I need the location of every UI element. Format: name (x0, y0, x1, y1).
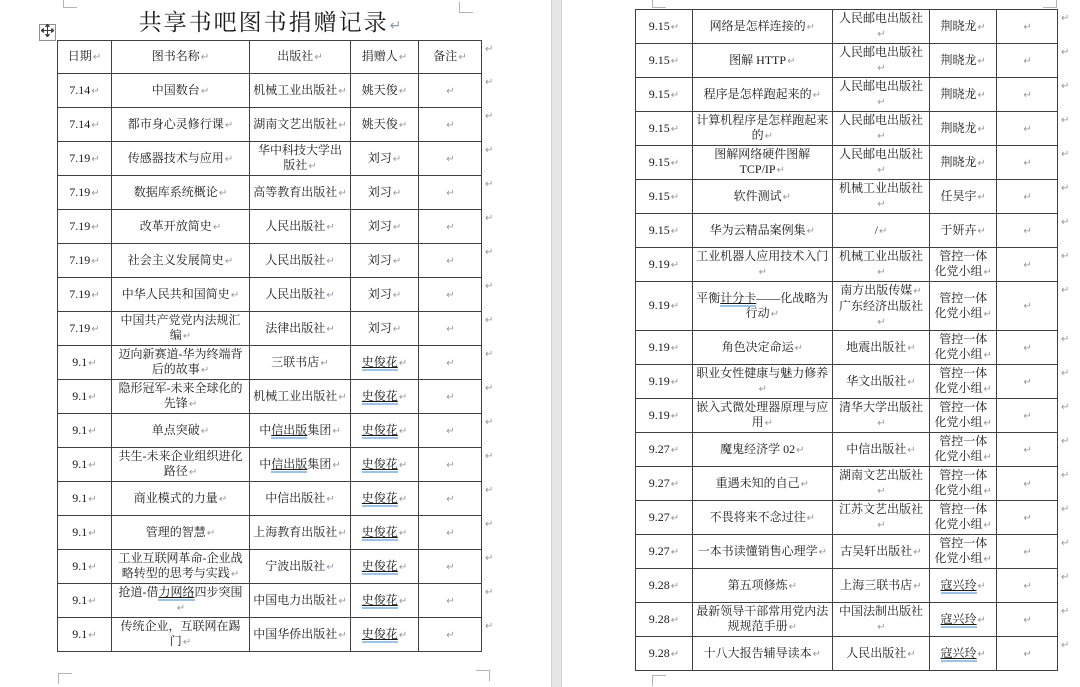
cell-publisher[interactable]: 古吴轩出版社↵ (832, 535, 930, 569)
cell-book-title[interactable]: 魔鬼经济学 02↵ (692, 433, 832, 467)
cell-text: 9.1 (72, 423, 87, 437)
paragraph-mark: ↵ (1023, 615, 1031, 626)
paragraph-mark: ↵ (671, 226, 679, 237)
cell-donor[interactable]: 史俊花↵ (351, 550, 419, 584)
table-row: 9.19↵平衡计分卡——化战略为行动↵南方出版传媒↵广东经济出版社↵管控一体化党… (636, 282, 1080, 331)
cell-publisher[interactable]: 上海三联书店↵ (832, 569, 930, 603)
paragraph-mark: ↵ (225, 120, 233, 131)
cell-date[interactable]: 9.15↵ (636, 146, 693, 180)
header-cell-donor[interactable]: 捐赠人↵ (351, 41, 419, 74)
end-of-row-mark: ↵ (1058, 467, 1080, 501)
cell-text: 9.19 (649, 340, 670, 354)
cell-donor[interactable]: 史俊花↵ (351, 584, 419, 618)
cell-book-title[interactable]: 软件测试↵ (692, 180, 832, 214)
table-row: 9.1↵抢道-借力网络四步突围↵中国电力出版社↵史俊花↵↵↵ (58, 584, 506, 618)
cell-note[interactable]: ↵ (997, 535, 1058, 569)
cell-text: 出版社 (277, 49, 313, 63)
paragraph-mark: ↵ (485, 519, 493, 530)
cell-date[interactable]: 9.19↵ (636, 399, 693, 433)
header-cell-note[interactable]: 备注↵ (419, 41, 482, 74)
cell-note[interactable]: ↵ (419, 210, 482, 244)
cell-publisher[interactable]: 法律出版社↵ (250, 312, 351, 346)
paragraph-mark: ↵ (332, 460, 340, 471)
cell-donor[interactable]: 史俊花↵ (351, 516, 419, 550)
cell-donor[interactable]: 荆晓龙↵ (930, 44, 997, 78)
cell-note[interactable]: ↵ (997, 78, 1058, 112)
cell-text: 法律出版社 (265, 321, 325, 335)
cell-text: 工业机器人应用技术入门 (696, 249, 828, 263)
cell-date[interactable]: 9.15↵ (636, 10, 693, 44)
cell-text: 荆晓龙 (941, 121, 977, 135)
cell-date[interactable]: 9.19↵ (636, 331, 693, 365)
cell-date[interactable]: 7.19↵ (58, 312, 112, 346)
cell-book-title[interactable]: 中华人民共和国简史↵ (112, 278, 250, 312)
table-row: 9.27↵重遇未知的自己↵湖南文艺出版社↵管控一体化党小组↵↵↵ (636, 467, 1080, 501)
paragraph-mark: ↵ (326, 324, 334, 335)
cell-publisher[interactable]: 清华大学出版社↵ (832, 399, 930, 433)
cell-date[interactable]: 9.15↵ (636, 214, 693, 248)
cell-book-title[interactable]: 图解 HTTP↵ (692, 44, 832, 78)
paragraph-mark: ↵ (879, 226, 887, 237)
paragraph-mark: ↵ (399, 86, 407, 97)
cell-date[interactable]: 9.19↵ (636, 248, 693, 282)
table-row: 9.1↵商业模式的力量↵中信出版社↵史俊花↵↵↵ (58, 482, 506, 516)
cell-book-title[interactable]: 传感器技术与应用↵ (112, 142, 250, 176)
cell-publisher[interactable]: 中国华侨出版社↵ (250, 618, 351, 652)
cell-note[interactable]: ↵ (419, 278, 482, 312)
cell-book-title[interactable]: 一本书读懂销售心理学↵ (692, 535, 832, 569)
cell-date[interactable]: 9.1↵ (58, 380, 112, 414)
cell-note[interactable]: ↵ (997, 331, 1058, 365)
cell-book-title[interactable]: 程序是怎样跑起来的↵ (692, 78, 832, 112)
paragraph-mark: ↵ (446, 528, 454, 539)
cell-text: 9.27 (649, 544, 670, 558)
cell-donor[interactable]: 寇兴玲↵ (930, 569, 997, 603)
cell-publisher[interactable]: 人民邮电出版社↵ (832, 112, 930, 146)
cell-text: 刘习 (368, 219, 392, 233)
document-title[interactable]: 共享书吧图书捐赠记录↵ (57, 4, 483, 37)
cell-note[interactable]: ↵ (997, 365, 1058, 399)
header-row: 日期↵图书名称↵出版社↵捐赠人↵备注↵↵ (58, 41, 506, 74)
cell-date[interactable]: 7.19↵ (58, 142, 112, 176)
underlined-text: 信出版 (271, 457, 307, 473)
cell-book-title[interactable]: 网络是怎样连接的↵ (692, 10, 832, 44)
cell-note[interactable]: ↵ (997, 44, 1058, 78)
cell-publisher[interactable]: 三联书店↵ (250, 346, 351, 380)
paragraph-mark: ↵ (326, 494, 334, 505)
end-of-row-mark: ↵ (482, 176, 506, 210)
cell-text: 职业女性健康与魅力修养 (696, 366, 828, 380)
cell-date[interactable]: 9.15↵ (636, 44, 693, 78)
cell-note[interactable]: ↵ (997, 180, 1058, 214)
cell-text: 社会主义发展简史 (128, 253, 224, 267)
cell-text: 9.15 (649, 155, 670, 169)
cell-note[interactable]: ↵ (419, 244, 482, 278)
paragraph-mark: ↵ (1023, 260, 1031, 271)
paragraph-mark: ↵ (458, 52, 466, 63)
paragraph-mark: ↵ (326, 222, 334, 233)
cell-publisher[interactable]: 机械工业出版社↵ (832, 248, 930, 282)
cell-note[interactable]: ↵ (419, 516, 482, 550)
table-row: 7.14↵都市身心灵修行课↵湖南文艺出版社↵姚天俊↵↵↵ (58, 108, 506, 142)
cell-donor[interactable]: 荆晓龙↵ (930, 10, 997, 44)
cell-text: 9.1 (72, 389, 87, 403)
cell-publisher[interactable]: 江苏文艺出版社↵ (832, 501, 930, 535)
cell-text: 隐形冠军-未来全球化的先锋 (119, 381, 243, 410)
cell-publisher[interactable]: 华文出版社↵ (832, 365, 930, 399)
cell-donor[interactable]: 任昊宇↵ (930, 180, 997, 214)
cell-publisher[interactable]: 人民邮电出版社↵ (832, 146, 930, 180)
cell-book-title[interactable]: 商业模式的力量↵ (112, 482, 250, 516)
cell-publisher[interactable]: 人民邮电出版社↵ (832, 78, 930, 112)
cell-publisher[interactable]: /↵ (832, 214, 930, 248)
cell-date[interactable]: 9.1↵ (58, 414, 112, 448)
paragraph-mark: ↵ (907, 343, 915, 354)
paragraph-mark: ↵ (446, 494, 454, 505)
cell-date[interactable]: 9.28↵ (636, 569, 693, 603)
cell-date[interactable]: 7.19↵ (58, 176, 112, 210)
cell-donor[interactable]: 史俊花↵ (351, 618, 419, 652)
cell-text: 7.19 (69, 253, 90, 267)
cell-note[interactable]: ↵ (419, 448, 482, 482)
paragraph-mark: ↵ (984, 267, 992, 278)
cell-publisher[interactable]: 人民出版社↵ (250, 278, 351, 312)
cell-donor[interactable]: 寇兴玲↵ (930, 603, 997, 637)
cell-book-title[interactable]: 图解网络硬件图解 TCP/IP↵ (692, 146, 832, 180)
paragraph-mark: ↵ (1061, 572, 1069, 583)
cell-note[interactable]: ↵ (997, 433, 1058, 467)
cell-note[interactable]: ↵ (997, 248, 1058, 282)
paragraph-mark: ↵ (485, 485, 493, 496)
cell-date[interactable]: 9.27↵ (636, 501, 693, 535)
cell-donor[interactable]: 管控一体化党小组↵ (930, 501, 997, 535)
cell-date[interactable]: 9.19↵ (636, 282, 693, 331)
cell-publisher[interactable]: 机械工业出版社↵ (832, 180, 930, 214)
cell-text: 姚天俊 (362, 83, 398, 97)
cell-note[interactable]: ↵ (997, 637, 1058, 671)
cell-publisher[interactable]: 中信出版集团↵ (250, 448, 351, 482)
text-boundary-mark (476, 670, 490, 681)
cell-note[interactable]: ↵ (997, 569, 1058, 603)
paragraph-mark: ↵ (765, 418, 773, 429)
end-of-row-mark: ↵ (482, 108, 506, 142)
header-cell-title[interactable]: 图书名称↵ (112, 41, 250, 74)
paragraph-mark: ↵ (671, 513, 679, 524)
cell-date[interactable]: 9.1↵ (58, 584, 112, 618)
paragraph-mark: ↵ (219, 188, 227, 199)
cell-note[interactable]: ↵ (419, 108, 482, 142)
cell-date[interactable]: 9.1↵ (58, 550, 112, 584)
cell-date[interactable]: 9.1↵ (58, 482, 112, 516)
cell-note[interactable]: ↵ (419, 584, 482, 618)
cell-publisher[interactable]: 人民出版社↵ (250, 210, 351, 244)
paragraph-mark: ↵ (1061, 402, 1069, 413)
cell-text: 广东经济出版社 (839, 299, 923, 313)
cell-note[interactable]: ↵ (419, 142, 482, 176)
cell-publisher[interactable]: 中信出版社↵ (832, 433, 930, 467)
paragraph-mark: ↵ (485, 111, 493, 122)
cell-note[interactable]: ↵ (997, 112, 1058, 146)
cell-date[interactable]: 9.15↵ (636, 112, 693, 146)
cell-note[interactable]: ↵ (997, 282, 1058, 331)
cell-donor[interactable]: 荆晓龙↵ (930, 146, 997, 180)
cell-text: 十八大报告辅导读本 (704, 646, 812, 660)
cell-book-title[interactable]: 社会主义发展简史↵ (112, 244, 250, 278)
paragraph-mark: ↵ (1061, 149, 1069, 160)
cell-book-title[interactable]: 传统企业，互联网在踢门↵ (112, 618, 250, 652)
cell-date[interactable]: 7.19↵ (58, 244, 112, 278)
cell-note[interactable]: ↵ (419, 312, 482, 346)
cell-donor[interactable]: 管控一体化党小组↵ (930, 248, 997, 282)
cell-book-title[interactable]: 计算机程序是怎样跑起来的↵ (692, 112, 832, 146)
cell-donor[interactable]: 史俊花↵ (351, 414, 419, 448)
cell-book-title[interactable]: 十八大报告辅导读本↵ (692, 637, 832, 671)
cell-text: 中国华侨出版社 (253, 627, 337, 641)
cell-date[interactable]: 9.28↵ (636, 637, 693, 671)
header-cell-date[interactable]: 日期↵ (58, 41, 112, 74)
cell-note[interactable]: ↵ (997, 399, 1058, 433)
cell-donor[interactable]: 刘习↵ (351, 142, 419, 176)
cell-donor[interactable]: 管控一体化党小组↵ (930, 331, 997, 365)
cell-date[interactable]: 9.27↵ (636, 535, 693, 569)
cell-publisher[interactable]: 高等教育出版社↵ (250, 176, 351, 210)
paragraph-mark: ↵ (759, 267, 767, 278)
cell-text: 9.19 (649, 257, 670, 271)
paragraph-mark: ↵ (1023, 226, 1031, 237)
cell-book-title[interactable]: 重遇未知的自己↵ (692, 467, 832, 501)
cell-date[interactable]: 9.27↵ (636, 467, 693, 501)
cell-publisher[interactable]: 上海教育出版社↵ (250, 516, 351, 550)
cell-date[interactable]: 7.19↵ (58, 210, 112, 244)
cell-note[interactable]: ↵ (419, 176, 482, 210)
donation-table-page2: 9.15↵网络是怎样连接的↵人民邮电出版社↵荆晓龙↵↵↵9.15↵图解 HTTP… (635, 9, 1080, 671)
cell-donor[interactable]: 荆晓龙↵ (930, 112, 997, 146)
paragraph-mark: ↵ (338, 630, 346, 641)
paragraph-mark: ↵ (393, 290, 401, 301)
cell-donor[interactable]: 刘习↵ (351, 244, 419, 278)
header-cell-publisher[interactable]: 出版社↵ (250, 41, 351, 74)
cell-publisher[interactable]: 机械工业出版社↵ (250, 380, 351, 414)
cell-donor[interactable]: 史俊花↵ (351, 482, 419, 516)
cell-text: 网络是怎样连接的 (710, 19, 806, 33)
paragraph-mark: ↵ (1061, 606, 1069, 617)
cell-book-title[interactable]: 华为云精品案例集↵ (692, 214, 832, 248)
cell-date[interactable]: 9.1↵ (58, 448, 112, 482)
cell-note[interactable]: ↵ (419, 618, 482, 652)
cell-publisher[interactable]: 人民出版社↵ (832, 637, 930, 671)
cell-note[interactable]: ↵ (997, 146, 1058, 180)
underlined-text: 信出版 (271, 423, 307, 439)
cell-book-title[interactable]: 嵌入式微处理器原理与应用↵ (692, 399, 832, 433)
cell-text: 人民邮电出版社 (839, 45, 923, 59)
cell-donor[interactable]: 管控一体化党小组↵ (930, 365, 997, 399)
paragraph-mark: ↵ (446, 120, 454, 131)
cell-date[interactable]: 9.15↵ (636, 78, 693, 112)
paragraph-mark: ↵ (807, 513, 815, 524)
cell-date[interactable]: 9.27↵ (636, 433, 693, 467)
cell-book-title[interactable]: 工业互联网革命-企业战略转型的思考与实践↵ (112, 550, 250, 584)
paragraph-mark: ↵ (789, 622, 797, 633)
cell-publisher[interactable]: 中国电力出版社↵ (250, 584, 351, 618)
text-boundary-mark (58, 673, 72, 684)
cell-donor[interactable]: 管控一体化党小组↵ (930, 433, 997, 467)
cell-publisher[interactable]: 湖南文艺出版社↵ (832, 467, 930, 501)
cell-book-title[interactable]: 最新领导干部常用党内法规规范手册↵ (692, 603, 832, 637)
table-move-handle[interactable] (39, 24, 56, 41)
cell-donor[interactable]: 管控一体化党小组↵ (930, 535, 997, 569)
cell-note[interactable]: ↵ (419, 346, 482, 380)
paragraph-mark: ↵ (88, 494, 96, 505)
paragraph-mark: ↵ (1061, 285, 1069, 296)
cell-publisher[interactable]: 中信出版集团↵ (250, 414, 351, 448)
cell-note[interactable]: ↵ (997, 603, 1058, 637)
cell-donor[interactable]: 于妍卉↵ (930, 214, 997, 248)
cell-text: 管控一体化党小组 (935, 536, 988, 565)
paragraph-mark: ↵ (671, 90, 679, 101)
cell-publisher[interactable]: 湖南文艺出版社↵ (250, 108, 351, 142)
cell-date[interactable]: 7.14↵ (58, 74, 112, 108)
table-row: 9.1↵工业互联网革命-企业战略转型的思考与实践↵宁波出版社↵史俊花↵↵↵ (58, 550, 506, 584)
cell-note[interactable]: ↵ (419, 74, 482, 108)
table-row: 9.15↵图解网络硬件图解 TCP/IP↵人民邮电出版社↵荆晓龙↵↵↵ (636, 146, 1080, 180)
paragraph-mark: ↵ (399, 392, 407, 403)
paragraph-mark: ↵ (88, 630, 96, 641)
cell-book-title[interactable]: 隐形冠军-未来全球化的先锋↵ (112, 380, 250, 414)
cell-publisher[interactable]: 宁波出版社↵ (250, 550, 351, 584)
cell-donor[interactable]: 史俊花↵ (351, 346, 419, 380)
cell-book-title[interactable]: 职业女性健康与魅力修养↵ (692, 365, 832, 399)
cell-note[interactable]: ↵ (997, 467, 1058, 501)
cell-donor[interactable]: 管控一体化党小组↵ (930, 282, 997, 331)
cell-book-title[interactable]: 平衡计分卡——化战略为行动↵ (692, 282, 832, 331)
cell-date[interactable]: 9.1↵ (58, 516, 112, 550)
paragraph-mark: ↵ (91, 86, 99, 97)
paragraph-mark: ↵ (913, 286, 921, 297)
cell-publisher[interactable]: 中信出版社↵ (250, 482, 351, 516)
cell-publisher[interactable]: 人民出版社↵ (250, 244, 351, 278)
paragraph-mark: ↵ (877, 97, 885, 108)
cell-donor[interactable]: 刘习↵ (351, 278, 419, 312)
table-row: 7.19↵中国共产党党内法规汇编↵法律出版社↵刘习↵↵↵ (58, 312, 506, 346)
cell-donor[interactable]: 荆晓龙↵ (930, 78, 997, 112)
cell-text: 不畏将来不念过往 (710, 510, 806, 524)
cell-donor[interactable]: 姚天俊↵ (351, 108, 419, 142)
cell-publisher[interactable]: 机械工业出版社↵ (250, 74, 351, 108)
paragraph-mark: ↵ (338, 120, 346, 131)
cell-book-title[interactable]: 抢道-借力网络四步突围↵ (112, 584, 250, 618)
cell-publisher[interactable]: 南方出版传媒↵广东经济出版社↵ (832, 282, 930, 331)
cell-publisher[interactable]: 华中科技大学出版社↵ (250, 142, 351, 176)
cell-note[interactable]: ↵ (419, 380, 482, 414)
paragraph-mark: ↵ (978, 192, 986, 203)
cell-book-title[interactable]: 迈向新赛道-华为终端背后的故事↵ (112, 346, 250, 380)
cell-date[interactable]: 9.1↵ (58, 346, 112, 380)
paragraph-mark: ↵ (446, 596, 454, 607)
table-row: 9.1↵单点突破↵中信出版集团↵史俊花↵↵↵ (58, 414, 506, 448)
cell-date[interactable]: 9.28↵ (636, 603, 693, 637)
cell-donor[interactable]: 管控一体化党小组↵ (930, 467, 997, 501)
cell-publisher[interactable]: 中国法制出版社↵ (832, 603, 930, 637)
cell-donor[interactable]: 寇兴玲↵ (930, 637, 997, 671)
end-of-row-mark: ↵ (482, 414, 506, 448)
cell-donor[interactable]: 姚天俊↵ (351, 74, 419, 108)
cell-donor[interactable]: 刘习↵ (351, 312, 419, 346)
paragraph-mark: ↵ (877, 63, 885, 74)
paragraph-mark: ↵ (91, 290, 99, 301)
paragraph-mark: ↵ (91, 120, 99, 131)
cell-date[interactable]: 7.19↵ (58, 278, 112, 312)
cell-text: 刘习 (368, 185, 392, 199)
table-row: 9.15↵华为云精品案例集↵/↵于妍卉↵↵↵ (636, 214, 1080, 248)
cell-note[interactable]: ↵ (997, 501, 1058, 535)
cell-publisher[interactable]: 人民邮电出版社↵ (832, 10, 930, 44)
cell-publisher[interactable]: 人民邮电出版社↵ (832, 44, 930, 78)
cell-text: 人民邮电出版社 (839, 11, 923, 25)
end-of-row-mark: ↵ (482, 41, 506, 74)
end-of-row-mark: ↵ (1058, 248, 1080, 282)
cell-text: 嵌入式微处理器原理与应用 (696, 400, 828, 429)
cell-book-title[interactable]: 改革开放简史↵ (112, 210, 250, 244)
cell-book-title[interactable]: 管理的智慧↵ (112, 516, 250, 550)
paragraph-mark: ↵ (807, 22, 815, 33)
cell-date[interactable]: 9.1↵ (58, 618, 112, 652)
cell-date[interactable]: 9.15↵ (636, 180, 693, 214)
cell-note[interactable]: ↵ (997, 214, 1058, 248)
end-of-row-mark: ↵ (482, 516, 506, 550)
cell-text: 第五项修炼 (728, 578, 788, 592)
cell-donor[interactable]: 史俊花↵ (351, 448, 419, 482)
cell-date[interactable]: 7.14↵ (58, 108, 112, 142)
paragraph-mark: ↵ (1061, 217, 1069, 228)
cell-publisher[interactable]: 地震出版社↵ (832, 331, 930, 365)
paragraph-mark: ↵ (771, 309, 779, 320)
cell-note[interactable]: ↵ (419, 482, 482, 516)
paragraph-mark: ↵ (183, 331, 191, 342)
cell-book-title[interactable]: 都市身心灵修行课↵ (112, 108, 250, 142)
paragraph-mark: ↵ (978, 158, 986, 169)
cell-book-title[interactable]: 中国共产党党内法规汇编↵ (112, 312, 250, 346)
cell-book-title[interactable]: 工业机器人应用技术入门↵ (692, 248, 832, 282)
cell-note[interactable]: ↵ (419, 414, 482, 448)
page-1: 共享书吧图书捐赠记录↵ 日期↵图书名称↵出版社↵捐赠人↵备注↵↵7.14↵中国数… (0, 0, 551, 687)
cell-date[interactable]: 9.19↵ (636, 365, 693, 399)
cell-book-title[interactable]: 不畏将来不念过往↵ (692, 501, 832, 535)
cell-text: 9.1 (72, 491, 87, 505)
table-row: 9.1↵迈向新赛道-华为终端背后的故事↵三联书店↵史俊花↵↵↵ (58, 346, 506, 380)
cell-donor[interactable]: 管控一体化党小组↵ (930, 399, 997, 433)
cell-donor[interactable]: 刘习↵ (351, 210, 419, 244)
table-row: 9.19↵角色决定命运↵地震出版社↵管控一体化党小组↵↵↵ (636, 331, 1080, 365)
cell-book-title[interactable]: 第五项修炼↵ (692, 569, 832, 603)
underlined-text: 力网络 (158, 585, 194, 601)
table-row: 9.15↵程序是怎样跑起来的↵人民邮电出版社↵荆晓龙↵↵↵ (636, 78, 1080, 112)
cell-book-title[interactable]: 共生-未来企业组织进化路径↵ (112, 448, 250, 482)
paragraph-mark: ↵ (446, 188, 454, 199)
paragraph-mark: ↵ (393, 256, 401, 267)
cell-donor[interactable]: 刘习↵ (351, 176, 419, 210)
paragraph-mark: ↵ (91, 222, 99, 233)
cell-book-title[interactable]: 单点突破↵ (112, 414, 250, 448)
cell-text: 湖南文艺出版社 (839, 468, 923, 482)
cell-book-title[interactable]: 数据库系统概论↵ (112, 176, 250, 210)
cell-note[interactable]: ↵ (419, 550, 482, 584)
end-of-row-mark: ↵ (1058, 501, 1080, 535)
cell-donor[interactable]: 史俊花↵ (351, 380, 419, 414)
cell-book-title[interactable]: 中国数台↵ (112, 74, 250, 108)
cell-note[interactable]: ↵ (997, 10, 1058, 44)
cell-book-title[interactable]: 角色决定命运↵ (692, 331, 832, 365)
cell-text: 数据库系统概论 (134, 185, 218, 199)
